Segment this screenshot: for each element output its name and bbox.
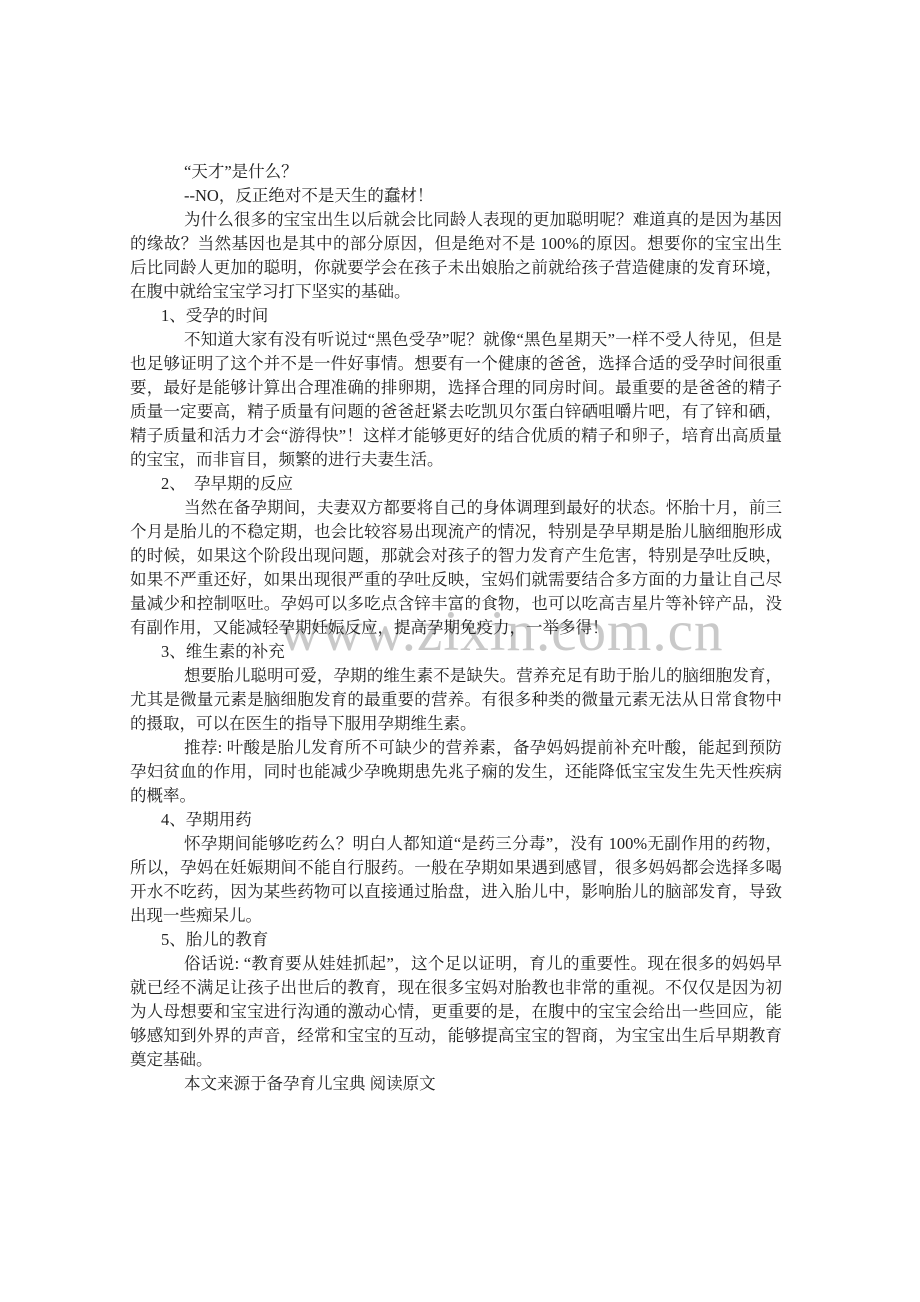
paragraph-section-1: 不知道大家有没有听说过“黑色受孕”呢？就像“黑色星期天”一样不受人待见，但是也足… <box>130 328 782 472</box>
footer-line: 本文来源于备孕育儿宝典 阅读原文 <box>130 1072 782 1096</box>
section-heading-1: 1、受孕的时间 <box>130 304 782 328</box>
paragraph-intro: 为什么很多的宝宝出生以后就会比同龄人表现的更加聪明呢？难道真的是因为基因的缘故？… <box>130 208 782 304</box>
paragraph-intro-q: “天才”是什么？ <box>130 160 782 184</box>
source-text: 本文来源于备孕育儿宝典 <box>184 1074 366 1093</box>
document-page: www.zixin.com.cn “天才”是什么？ --NO，反正绝对不是天生的… <box>0 0 920 1302</box>
section-heading-4: 4、孕期用药 <box>130 808 782 832</box>
paragraph-section-5: 俗话说: “教育要从娃娃抓起”，这个足以证明，育儿的重要性。现在很多的妈妈早就已… <box>130 952 782 1072</box>
section-heading-3: 3、维生素的补充 <box>130 640 782 664</box>
section-heading-2: 2、 孕早期的反应 <box>130 472 782 496</box>
paragraph-section-3-tip: 推荐: 叶酸是胎儿发育所不可缺少的营养素，备孕妈妈提前补充叶酸，能起到预防孕妇贫… <box>130 736 782 808</box>
read-original-link[interactable]: 阅读原文 <box>370 1074 436 1093</box>
section-heading-5: 5、胎儿的教育 <box>130 928 782 952</box>
paragraph-section-2: 当然在备孕期间，夫妻双方都要将自己的身体调理到最好的状态。怀胎十月，前三个月是胎… <box>130 496 782 640</box>
document-body: “天才”是什么？ --NO，反正绝对不是天生的蠢材！ 为什么很多的宝宝出生以后就… <box>130 160 782 1096</box>
paragraph-intro-a: --NO，反正绝对不是天生的蠢材！ <box>130 184 782 208</box>
paragraph-section-3: 想要胎儿聪明可爱，孕期的维生素不是缺失。营养充足有助于胎儿的脑细胞发育，尤其是微… <box>130 664 782 736</box>
paragraph-section-4: 怀孕期间能够吃药么？明白人都知道“是药三分毒”，没有 100%无副作用的药物，所… <box>130 832 782 928</box>
